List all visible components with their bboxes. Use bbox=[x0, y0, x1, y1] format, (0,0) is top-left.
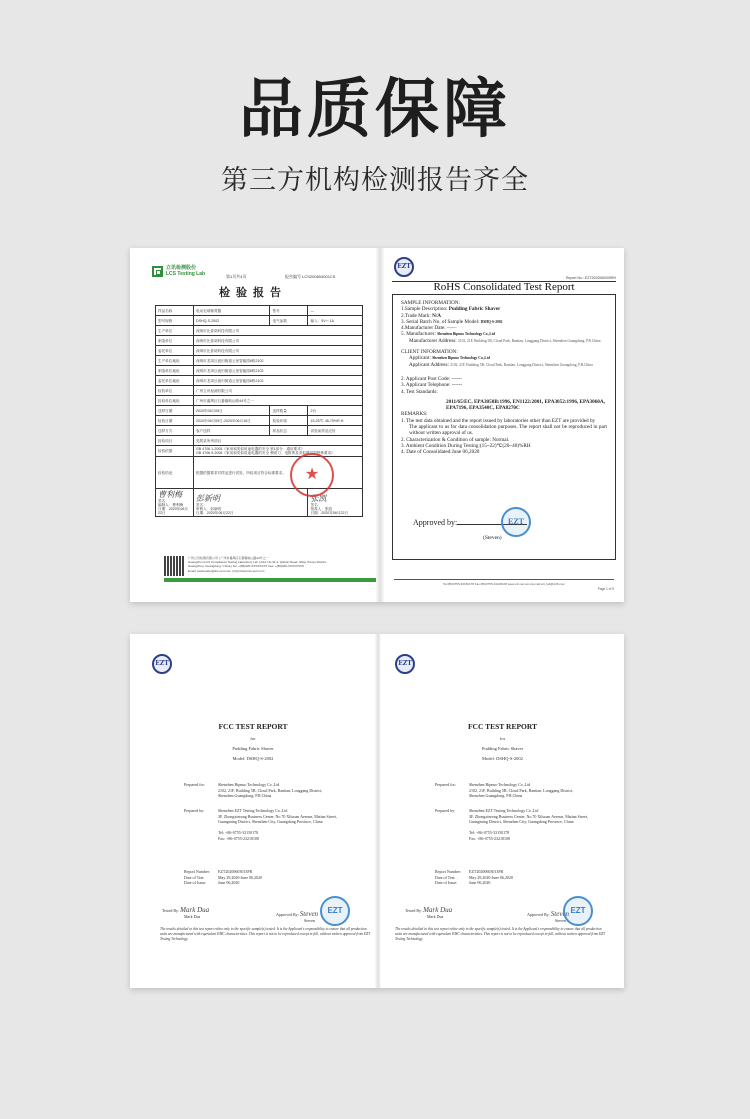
table-row: 生产单位深圳市比普诺科技有限公司 bbox=[156, 326, 363, 336]
field-label: 送样日期 bbox=[156, 406, 194, 416]
cn-report-footer: 广州立讯检测有限公司 | 广州市番禺区石碁镇岐山路44号之一Guangzhou … bbox=[164, 556, 376, 578]
field-value: 深圳市龙岗区坂田街道云里智能园6栋2102 bbox=[194, 376, 363, 386]
divider bbox=[394, 579, 614, 580]
rohs-page-number: Page 1 of 5 bbox=[598, 587, 614, 591]
fcc-product: Pudding Fabric Shaver bbox=[381, 746, 624, 751]
field-value: 2020年06月05日 bbox=[194, 406, 270, 416]
field-value: 15-25℃ 45-75%R.H. bbox=[308, 416, 363, 426]
rohs-title: RoHS Consolidated Test Report bbox=[384, 281, 624, 293]
field-label: 型号规格 bbox=[156, 316, 194, 326]
approver-name: (Steven) bbox=[483, 535, 502, 541]
lcs-logo-en: LCS Testing Lab bbox=[166, 271, 205, 277]
tested-by: Tested By: Mark Dua Mark Dua bbox=[405, 906, 452, 919]
test-standards: 2011/65/EC, EPA3050B:1996, EN1122:2001, … bbox=[401, 399, 607, 412]
field-label: 样品名称 bbox=[156, 306, 194, 316]
field-label: 送样数量 bbox=[270, 406, 308, 416]
prepared-for: Prepared for: Shenzhen Bipnuo Technology… bbox=[435, 782, 619, 799]
field-value: 2020年06月05日-2020年06月16日 bbox=[194, 416, 270, 426]
report-spread-fcc: EZT FCC TEST REPORT for Pudding Fabric S… bbox=[130, 634, 624, 988]
report-meta: Report Number:Date of Test:Date of Issue… bbox=[435, 869, 619, 886]
lcs-logo: 立讯检测股份 LCS Testing Lab bbox=[152, 265, 205, 277]
field-value: 输入：5V⎓ 1A bbox=[308, 316, 363, 326]
approved-by: Approved By: Steven Steven bbox=[276, 910, 318, 923]
table-row: 送样方式客户送样样品状态试验前样品完好 bbox=[156, 426, 363, 436]
field-value: 2台 bbox=[308, 406, 363, 416]
ezt-logo-icon: EZT bbox=[152, 654, 172, 674]
signature-row: 曹利梅 签名： 编制人：曹利梅 日期：2020年06月22日彭新明 签名： 审核… bbox=[156, 489, 363, 517]
red-stamp-icon: ★ bbox=[290, 453, 334, 497]
handwritten-signature: Mark Dua bbox=[180, 906, 209, 914]
qr-code-icon bbox=[164, 556, 184, 576]
field-label: 检验日期 bbox=[156, 416, 194, 426]
ezt-logo-icon: EZT bbox=[395, 654, 415, 674]
table-row: 样品名称电动毛球修剪器型号— bbox=[156, 306, 363, 316]
field-value: DSHQ-S-2002 bbox=[194, 316, 270, 326]
field-label: 生产单位地址 bbox=[156, 356, 194, 366]
field-label: 委托单位 bbox=[156, 346, 194, 356]
report-meta: Report Number:Date of Test:Date of Issue… bbox=[184, 869, 368, 886]
field-label: 检验单位地址 bbox=[156, 396, 194, 406]
prepared-by: Prepared by: Shenzhen EZT Testing Techno… bbox=[435, 808, 619, 841]
field-label: 电气参数 bbox=[270, 316, 308, 326]
signature-cell: 彭新明 签名： 审核人：彭新明 日期：2020年06月22日 bbox=[194, 489, 308, 517]
cn-inspection-report: 立讯检测股份 LCS Testing Lab 第1页共4页 报告编号 LCS20… bbox=[130, 248, 376, 602]
manufacturer-address: Manufacturer Address: 2102, 21F, Buildin… bbox=[401, 338, 607, 344]
tested-by: Tested By: Mark Dua Mark Dua bbox=[162, 906, 209, 919]
report-spread-cn-rohs: 立讯检测股份 LCS Testing Lab 第1页共4页 报告编号 LCS20… bbox=[130, 248, 624, 602]
prepared-by: Prepared by: Shenzhen EZT Testing Techno… bbox=[184, 808, 368, 841]
page-title: 品质保障 bbox=[0, 78, 750, 142]
handwritten-signature: 彭新明 bbox=[196, 497, 305, 501]
remark-item: The applicant to us for data consolidati… bbox=[401, 424, 607, 437]
field-label: 检验环境 bbox=[270, 416, 308, 426]
field-value: 试验前样品完好 bbox=[308, 426, 363, 436]
handwritten-signature: Mark Dua bbox=[423, 906, 452, 914]
field-label: 制造单位地址 bbox=[156, 366, 194, 376]
table-row: 制造单位深圳市比普诺科技有限公司 bbox=[156, 336, 363, 346]
field-label: 检验项目 bbox=[156, 436, 194, 446]
field-value: 深圳市比普诺科技有限公司 bbox=[194, 346, 363, 356]
cn-report-number: 报告编号 LCS200604001CS bbox=[285, 274, 335, 280]
field-label: 检验结论 bbox=[156, 457, 194, 489]
fcc-model: Model: DSHQ-S-2002 bbox=[130, 756, 376, 761]
field-value: 广州立讯检测有限公司 bbox=[194, 386, 363, 396]
test-standards-label: 4. Test Standards: bbox=[401, 389, 607, 395]
signature-cell: 曹利梅 签名： 编制人：曹利梅 日期：2020年06月22日 bbox=[156, 489, 194, 517]
remark-item: 4. Date of Consolidated:June 06,2020 bbox=[401, 449, 607, 455]
handwritten-signature: 曹利梅 bbox=[158, 493, 191, 497]
handwritten-signature: 张凯 bbox=[310, 497, 360, 501]
ezt-logo-icon: EZT bbox=[394, 257, 414, 277]
cn-page-number: 第1页共4页 bbox=[226, 274, 246, 280]
field-value: 客户送样 bbox=[194, 426, 270, 436]
table-row: 委托单位深圳市比普诺科技有限公司 bbox=[156, 346, 363, 356]
cn-footer-text: 广州立讯检测有限公司 | 广州市番禺区石碁镇岐山路44号之一Guangzhou … bbox=[188, 556, 376, 573]
fcc-disclaimer: The results detailed in this test report… bbox=[160, 927, 372, 942]
fcc-model: Model: DSHQ-S-2002 bbox=[381, 756, 624, 761]
table-row: 检验依据GB 4706.1-2005《家用和类似用途电器的安全 第1部分：通用要… bbox=[156, 446, 363, 457]
field-value: GB 4706.1-2005《家用和类似用途电器的安全 第1部分：通用要求》 G… bbox=[194, 446, 363, 457]
ezt-seal-icon: EZT bbox=[563, 896, 593, 926]
prepared-for: Prepared for: Shenzhen Bipnuo Technology… bbox=[184, 782, 368, 799]
fcc-report-2: EZT FCC TEST REPORT for Pudding Fabric S… bbox=[381, 634, 624, 988]
table-row: 委托单位地址深圳市龙岗区坂田街道云里智能园6栋2102 bbox=[156, 376, 363, 386]
field-label: 样品状态 bbox=[270, 426, 308, 436]
rohs-content-box: SAMPLE INFORMATION: 1.Sample Description… bbox=[392, 294, 616, 560]
lcs-logo-icon bbox=[152, 266, 163, 277]
table-row: 制造单位地址深圳市龙岗区坂田街道云里智能园6栋2102 bbox=[156, 366, 363, 376]
field-label: 生产单位 bbox=[156, 326, 194, 336]
handwritten-signature: Steven bbox=[300, 910, 318, 918]
ezt-seal-icon: EZT bbox=[501, 507, 531, 537]
field-value: 深圳市龙岗区坂田街道云里智能园6栋2102 bbox=[194, 356, 363, 366]
table-row: 检验单位地址广州市番禺区石碁镇岐山路44号之一 bbox=[156, 396, 363, 406]
fcc-product: Pudding Fabric Shaver bbox=[130, 746, 376, 751]
field-value: 深圳市比普诺科技有限公司 bbox=[194, 336, 363, 346]
field-value: 电动毛球修剪器 bbox=[194, 306, 270, 316]
field-label: 委托单位地址 bbox=[156, 376, 194, 386]
rohs-report: EZT Report No.: EZT2020060005RH RoHS Con… bbox=[384, 248, 624, 602]
page-subtitle: 第三方机构检测报告齐全 bbox=[0, 158, 750, 197]
field-label: 送样方式 bbox=[156, 426, 194, 436]
fcc-disclaimer: The results detailed in this test report… bbox=[395, 927, 607, 942]
field-label: 检验单位 bbox=[156, 386, 194, 396]
fcc-title: FCC TEST REPORT bbox=[381, 722, 624, 731]
table-row: 送样日期2020年06月05日送样数量2台 bbox=[156, 406, 363, 416]
table-row: 型号规格DSHQ-S-2002电气参数输入：5V⎓ 1A bbox=[156, 316, 363, 326]
field-value: 广州市番禺区石碁镇岐山路44号之一 bbox=[194, 396, 363, 406]
table-row: 生产单位地址深圳市龙岗区坂田街道云里智能园6栋2102 bbox=[156, 356, 363, 366]
field-label: 检验依据 bbox=[156, 446, 194, 457]
cn-report-title: 检验报告 bbox=[130, 284, 376, 300]
field-value: 见附录所列项目 bbox=[194, 436, 363, 446]
field-label: 型号 bbox=[270, 306, 308, 316]
applicant-address: Applicant Address: 2102, 21F, Building 5… bbox=[401, 362, 607, 368]
cn-report-table: 样品名称电动毛球修剪器型号—型号规格DSHQ-S-2002电气参数输入：5V⎓ … bbox=[155, 305, 363, 517]
fcc-report-1: EZT FCC TEST REPORT for Pudding Fabric S… bbox=[130, 634, 376, 988]
green-footer-bar bbox=[164, 578, 376, 582]
field-value: 深圳市比普诺科技有限公司 bbox=[194, 326, 363, 336]
rohs-footer-contact: Tel:(86)0755-33150178 Fax:(86)0755-23218… bbox=[384, 582, 624, 586]
fcc-title: FCC TEST REPORT bbox=[130, 722, 376, 731]
table-row: 检验日期2020年06月05日-2020年06月16日检验环境15-25℃ 45… bbox=[156, 416, 363, 426]
ezt-seal-icon: EZT bbox=[320, 896, 350, 926]
field-value: 深圳市龙岗区坂田街道云里智能园6栋2102 bbox=[194, 366, 363, 376]
field-value: — bbox=[308, 306, 363, 316]
table-row: 检验单位广州立讯检测有限公司 bbox=[156, 386, 363, 396]
table-row: 检验项目见附录所列项目 bbox=[156, 436, 363, 446]
field-label: 制造单位 bbox=[156, 336, 194, 346]
page-fold bbox=[376, 248, 384, 602]
rohs-report-number: Report No.: EZT2020060005RH bbox=[566, 276, 616, 280]
field-value: 根据依据要求对样品进行试验，所检项目符合标准要求。 bbox=[194, 457, 363, 489]
